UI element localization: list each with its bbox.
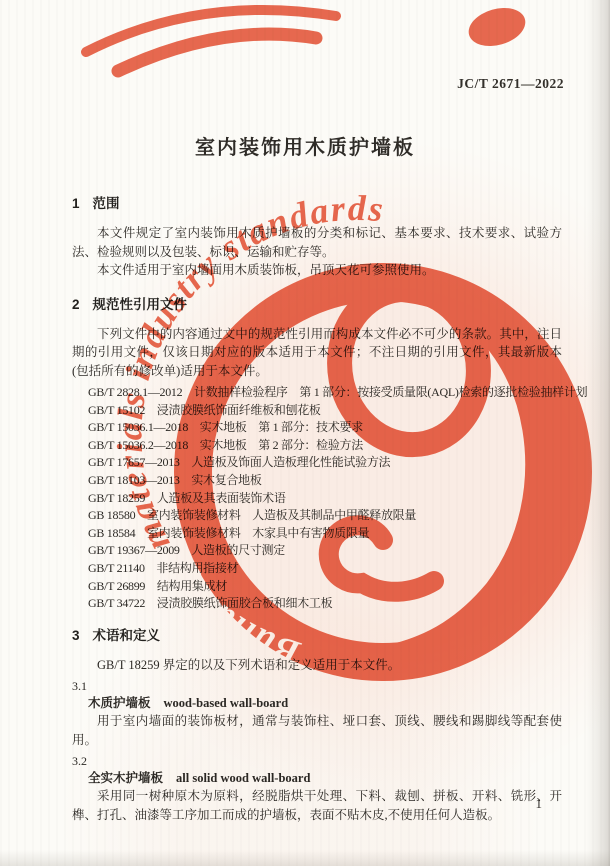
reference-item: GB/T 18259 人造板及其表面装饰术语 [88, 490, 562, 508]
reference-item: GB/T 19367—2009 人造板的尺寸测定 [88, 542, 562, 560]
section-number: 3 [72, 628, 80, 643]
reference-item: GB/T 15036.2—2018 实木地板 第 2 部分：检验方法 [88, 437, 562, 455]
term-definition: 用于室内墙面的装饰板材，通常与装饰柱、垭口套、顶线、腰线和踢脚线等配套使用。 [72, 712, 562, 749]
reference-item: GB 18584 室内装饰装修材料 木家具中有害物质限量 [88, 525, 562, 543]
section-title: 术语和定义 [93, 628, 161, 643]
references-intro: 下列文件中的内容通过文中的规范性引用而构成本文件必不可少的条款。其中，注日期的引… [72, 325, 562, 381]
section-title: 规范性引用文件 [93, 297, 188, 312]
term-name: 全实木护墙板all solid wood wall-board [72, 770, 562, 787]
term-en: wood-based wall-board [164, 696, 289, 710]
reference-item: GB/T 17657—2013 人造板及饰面人造板理化性能试验方法 [88, 454, 562, 472]
references-list: GB/T 2828.1—2012 计数抽样检验程序 第 1 部分：按接受质量限(… [72, 384, 562, 613]
terms-intro: GB/T 18259 界定的以及下列术语和定义适用于本文件。 [72, 656, 562, 675]
page-title: 室内装饰用木质护墙板 [0, 131, 610, 160]
term-zh: 木质护墙板 [88, 696, 151, 710]
section-number: 2 [72, 297, 80, 312]
standard-document-page: JC/T 2671—2022 室内装饰用木质护墙板 1范围 本文件规定了室内装饰… [0, 0, 610, 866]
scope-paragraph-2: 本文件适用于室内墙面用木质装饰板，吊顶天花可参照使用。 [72, 261, 562, 280]
reference-item: GB/T 15036.1—2018 实木地板 第 1 部分：技术要求 [88, 419, 562, 437]
reference-item: GB 18580 室内装饰装修材料 人造板及其制品中甲醛释放限量 [88, 507, 562, 525]
reference-item: GB/T 2828.1—2012 计数抽样检验程序 第 1 部分：按接受质量限(… [88, 384, 562, 402]
scan-edge-shadow-bottom [0, 850, 610, 866]
section-title: 范围 [93, 196, 120, 211]
reference-item: GB/T 18103—2013 实木复合地板 [88, 472, 562, 490]
reference-item: GB/T 21140 非结构用指接材 [88, 560, 562, 578]
term-name: 木质护墙板wood-based wall-board [72, 695, 562, 712]
reference-item: GB/T 15102 浸渍胶膜纸饰面纤维板和刨花板 [88, 402, 562, 420]
reference-item: GB/T 34722 浸渍胶膜纸饰面胶合板和细木工板 [88, 595, 562, 613]
reference-item: GB/T 26899 结构用集成材 [88, 578, 562, 596]
section-heading-terms: 3术语和定义 [72, 628, 562, 644]
section-heading-scope: 1范围 [72, 196, 562, 212]
term-number: 3.2 [72, 753, 562, 770]
document-body: 1范围 本文件规定了室内装饰用木质护墙板的分类和标记、基本要求、技术要求、试验方… [72, 196, 562, 824]
term-definition: 采用同一树种原木为原料，经脱脂烘干处理、下料、裁刨、拼板、开料、铣形、开榫、打孔… [72, 787, 562, 824]
term-number: 3.1 [72, 678, 562, 695]
term-zh: 全实木护墙板 [88, 771, 163, 785]
scan-edge-shadow-right [586, 0, 610, 866]
section-number: 1 [72, 196, 80, 211]
doc-number: JC/T 2671—2022 [457, 76, 564, 92]
section-heading-references: 2规范性引用文件 [72, 297, 562, 313]
term-en: all solid wood wall-board [176, 771, 310, 785]
page-number: 1 [536, 796, 543, 812]
scope-paragraph-1: 本文件规定了室内装饰用木质护墙板的分类和标记、基本要求、技术要求、试验方法、检验… [72, 224, 562, 261]
